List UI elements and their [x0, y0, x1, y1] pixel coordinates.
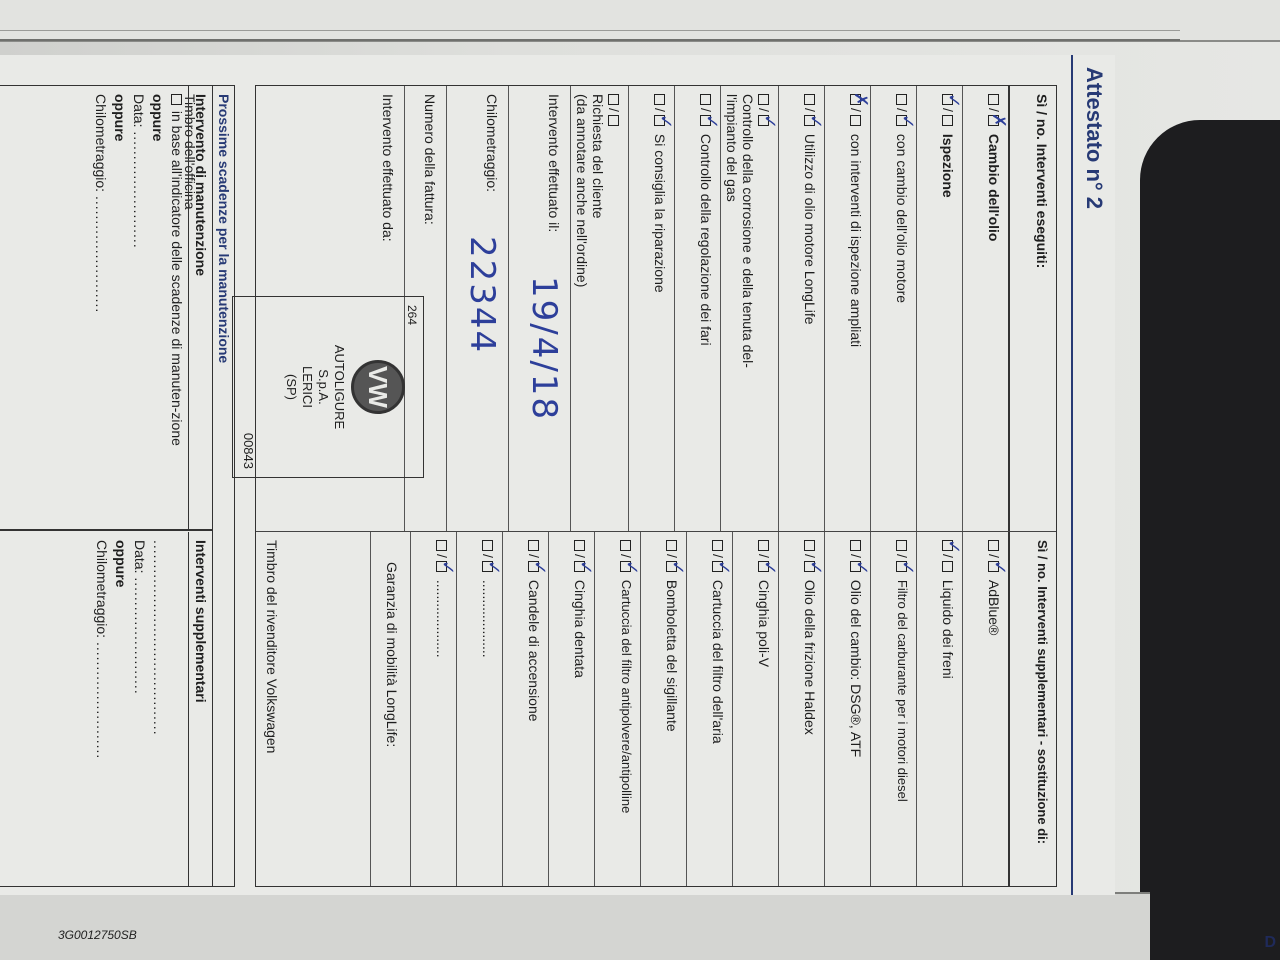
checkbox-no[interactable]: [850, 115, 861, 126]
yes-no-checkboxes: /: [848, 94, 864, 128]
date-value: 19/4/18: [524, 276, 564, 421]
next-additional-km-field[interactable]: Chilometraggio: ........................: [92, 540, 111, 878]
checkbox-no[interactable]: [528, 561, 539, 572]
checklist-label: Candele di accensione: [526, 580, 542, 722]
checkbox-no[interactable]: [700, 115, 711, 126]
checklist-label: ....................: [434, 580, 450, 658]
separator: /: [618, 554, 634, 558]
checklist-label: Filtro del carburante per i motori diese…: [894, 580, 910, 802]
next-additional-date-field[interactable]: Data: ........................: [130, 540, 149, 878]
yes-no-checkboxes: /: [618, 540, 634, 574]
dealer-stamp: 264 VW AUTOLIGURE S.p.A. LERICI (SP) 008…: [232, 296, 424, 478]
checkbox-no[interactable]: [804, 115, 815, 126]
dark-surface: [1140, 120, 1280, 960]
checklist-label: Cartuccia del filtro dell'aria: [710, 580, 726, 744]
next-date-field[interactable]: Data: ........................: [129, 94, 148, 521]
services-table: Sì / no. Interventi eseguiti: /Cambio de…: [255, 85, 1057, 887]
separator: /: [940, 108, 956, 112]
checkbox-yes[interactable]: [804, 94, 815, 105]
separator: /: [802, 554, 818, 558]
checkbox-no[interactable]: [896, 115, 907, 126]
checklist-row: /Richiesta del cliente(da annotare anche…: [570, 86, 628, 531]
separator: /: [710, 554, 726, 558]
checkbox-yes[interactable]: [758, 540, 769, 551]
checklist-label: Controllo della corrosione e della tenut…: [724, 94, 756, 523]
checkbox-yes[interactable]: [988, 94, 999, 105]
yes-no-checkboxes: /: [802, 94, 818, 128]
checkbox-yes[interactable]: [896, 540, 907, 551]
checkbox-no[interactable]: [988, 115, 999, 126]
service-certificate: Attestato n° 2 Sì / no. Interventi esegu…: [0, 55, 1115, 895]
yes-no-checkboxes: /: [756, 94, 772, 128]
yes-no-checkboxes: /: [848, 540, 864, 574]
yes-no-checkboxes: /: [480, 540, 496, 574]
separator: /: [434, 554, 450, 558]
checkbox-yes[interactable]: [712, 540, 723, 551]
checklist-row: /Cinghia dentata: [548, 532, 594, 886]
booklet-cover-page: [0, 892, 1150, 960]
checkbox-yes[interactable]: [482, 540, 493, 551]
checklist-label: Liquido dei freni: [940, 580, 956, 679]
separator: /: [940, 554, 956, 558]
separator: /: [756, 554, 772, 558]
yes-no-checkboxes: /: [664, 540, 680, 574]
checkbox-yes[interactable]: [666, 540, 677, 551]
checkbox-no[interactable]: [758, 561, 769, 572]
stamp-company-type: S.p.A.: [315, 297, 331, 477]
checkbox-yes[interactable]: [942, 540, 953, 551]
checklist-row: /Olio del cambio: DSG®, ATF: [824, 532, 870, 886]
stamp-code: 00843: [241, 433, 256, 469]
page-edges: [0, 30, 1180, 41]
checklist-label: Controllo della regolazione dei fari: [698, 134, 714, 346]
checkbox-yes[interactable]: [528, 540, 539, 551]
separator: /: [802, 108, 818, 112]
next-deadlines-title: Prossime scadenze per la manutenzione: [212, 86, 234, 886]
checkbox-yes[interactable]: [942, 94, 953, 105]
checklist-row: /Cartuccia del filtro dell'aria: [686, 532, 732, 886]
next-maintenance-column: Intervento di manutenzione in base all'i…: [0, 86, 212, 531]
checklist-row: /Controllo della corrosione e della tenu…: [720, 86, 778, 531]
yes-no-checkboxes: /: [710, 540, 726, 574]
yes-no-checkboxes: /: [940, 540, 956, 574]
checklist-row: /Utilizzo di olio motore LongLife: [778, 86, 824, 531]
yes-no-checkboxes: /: [434, 540, 450, 574]
checklist-row: /Liquido dei freni: [916, 532, 962, 886]
next-additional-column: Interventi supplementari ...............…: [0, 532, 212, 886]
checklist-row: /Si consiglia la riparazione: [628, 86, 674, 531]
separator: /: [652, 108, 668, 112]
stamp-company: AUTOLIGURE: [331, 297, 347, 477]
checklist-row: /Cartuccia del filtro antipolvere/antipo…: [594, 532, 640, 886]
stamp-number: 264: [405, 305, 419, 325]
yes-no-checkboxes: /: [986, 94, 1002, 128]
checkbox-yes[interactable]: [436, 540, 447, 551]
checklist-label: Olio della frizione Haldex: [802, 580, 818, 735]
separator: /: [756, 108, 772, 112]
separator: /: [986, 108, 1002, 112]
checklist-label: con interventi di ispezione ampliati: [848, 134, 864, 347]
checkbox-yes[interactable]: [804, 540, 815, 551]
checkbox-no[interactable]: [804, 561, 815, 572]
checkbox-no[interactable]: [758, 115, 769, 126]
right-header: Sì / no. Interventi supplementari - sost…: [1008, 532, 1056, 886]
checklist-row: /con interventi di ispezione ampliati: [824, 86, 870, 531]
checkbox-no[interactable]: [608, 115, 619, 126]
yes-no-checkboxes: /: [698, 94, 714, 128]
next-deadlines-table: Prossime scadenze per la manutenzione In…: [0, 85, 235, 887]
checkbox-no[interactable]: [654, 115, 665, 126]
yes-no-checkboxes: /: [756, 540, 772, 574]
checkbox-no[interactable]: [712, 561, 723, 572]
checklist-label: Cambio dell'olio: [986, 134, 1002, 242]
checkbox-yes[interactable]: [654, 94, 665, 105]
checkbox-no[interactable]: [942, 115, 953, 126]
checklist-label: Cinghia dentata: [572, 580, 588, 678]
checkbox-no[interactable]: [482, 561, 493, 572]
next-maintenance-header: Intervento di manutenzione: [188, 86, 212, 529]
checkbox-yes[interactable]: [758, 94, 769, 105]
checklist-row: /Bomboletta del sigillante: [640, 532, 686, 886]
checklist-row: /Ispezione: [916, 86, 962, 531]
or-label: oppure: [110, 94, 129, 521]
yes-no-checkboxes: /: [606, 94, 622, 128]
checklist-label: Olio del cambio: DSG®, ATF: [848, 580, 864, 757]
checklist-label: Ispezione: [940, 134, 956, 198]
checkbox-yes[interactable]: [850, 540, 861, 551]
checkbox-yes[interactable]: [574, 540, 585, 551]
checkbox-no[interactable]: [574, 561, 585, 572]
separator: /: [848, 554, 864, 558]
booklet-code: 3G0012750SB: [58, 928, 137, 942]
checkbox-no[interactable]: [988, 561, 999, 572]
yes-no-checkboxes: /: [894, 94, 910, 128]
additional-services-column: Sì / no. Interventi supplementari - sost…: [256, 532, 1056, 886]
checklist-label: ....................: [480, 580, 496, 658]
checklist-row: /con cambio dell'olio motore: [870, 86, 916, 531]
vw-logo-icon: VW: [351, 360, 405, 414]
yes-no-checkboxes: /: [986, 540, 1002, 574]
checklist-row: /Candele di accensione: [502, 532, 548, 886]
checkbox-yes[interactable]: [896, 94, 907, 105]
checklist-row: /Controllo della regolazione dei fari: [674, 86, 720, 531]
date-field[interactable]: Intervento effettuato il: 19/4/18: [508, 86, 570, 531]
checklist-row: /Olio della frizione Haldex: [778, 532, 824, 886]
checkbox-no[interactable]: [436, 561, 447, 572]
checklist-label: con cambio dell'olio motore: [894, 134, 910, 303]
checklist-row: /....................: [410, 532, 456, 886]
or-label: oppure: [148, 94, 167, 521]
indicator-option[interactable]: in base all'indicatore delle scadenze di…: [167, 94, 186, 521]
checkbox-no[interactable]: [850, 561, 861, 572]
checkbox-yes[interactable]: [620, 540, 631, 551]
km-value: 22344: [462, 236, 502, 354]
checkbox-no[interactable]: [942, 561, 953, 572]
title-rule: [1071, 55, 1073, 895]
separator: /: [606, 108, 622, 112]
checkbox[interactable]: [171, 94, 182, 105]
checklist-row: /Filtro del carburante per i motori dies…: [870, 532, 916, 886]
checklist-row: /AdBlue®: [962, 532, 1008, 886]
performed-services-column: Sì / no. Interventi eseguiti: /Cambio de…: [256, 86, 1056, 532]
checkbox-yes[interactable]: [608, 94, 619, 105]
checklist-label: Richiesta del cliente(da annotare anche …: [574, 94, 606, 523]
longlife-label: Garanzia di mobilità LongLife:: [370, 532, 410, 886]
checklist-label: Bomboletta del sigillante: [664, 580, 680, 732]
additional-dots-field[interactable]: ........................................: [149, 540, 168, 878]
separator: /: [986, 554, 1002, 558]
checklist-label: Si consiglia la riparazione: [652, 134, 668, 293]
separator: /: [894, 554, 910, 558]
yes-no-checkboxes: /: [940, 94, 956, 128]
separator: /: [664, 554, 680, 558]
stamp-province: (SP): [283, 297, 299, 477]
next-additional-header: Interventi supplementari: [188, 532, 212, 886]
checkbox-yes[interactable]: [988, 540, 999, 551]
yes-no-checkboxes: /: [526, 540, 542, 574]
separator: /: [698, 108, 714, 112]
corner-letter: D: [1264, 934, 1276, 952]
next-km-field[interactable]: Chilometraggio: ........................: [91, 94, 110, 521]
dealer-stamp-label: Timbro del rivenditore Volkswagen: [264, 540, 280, 753]
invoice-label: Numero della fattura:: [422, 94, 438, 225]
separator: /: [572, 554, 588, 558]
or-label: oppure: [111, 540, 130, 878]
yes-no-checkboxes: /: [652, 94, 668, 128]
checklist-row: /Cinghia poli-V: [732, 532, 778, 886]
yes-no-checkboxes: /: [572, 540, 588, 574]
date-label: Intervento effettuato il:: [546, 94, 562, 232]
checkbox-yes[interactable]: [700, 94, 711, 105]
checkbox-no[interactable]: [666, 561, 677, 572]
checkbox-yes[interactable]: [850, 94, 861, 105]
checklist-label: Cartuccia del filtro antipolvere/antipol…: [618, 580, 634, 813]
checklist-row: /Cambio dell'olio: [962, 86, 1008, 531]
yes-no-checkboxes: /: [894, 540, 910, 574]
checklist-label: Cinghia poli-V: [756, 580, 772, 667]
checklist-label: AdBlue®: [986, 580, 1002, 635]
separator: /: [526, 554, 542, 558]
yes-no-checkboxes: /: [802, 540, 818, 574]
checklist-label: Utilizzo di olio motore LongLife: [802, 134, 818, 325]
checklist-row: /....................: [456, 532, 502, 886]
separator: /: [894, 108, 910, 112]
separator: /: [848, 108, 864, 112]
km-label: Chilometraggio:: [484, 94, 500, 192]
page-title: Attestato n° 2: [1081, 67, 1107, 209]
left-header: Sì / no. Interventi eseguiti:: [1008, 86, 1056, 531]
checkbox-no[interactable]: [896, 561, 907, 572]
separator: /: [480, 554, 496, 558]
km-field[interactable]: Chilometraggio: 22344: [446, 86, 508, 531]
checkbox-no[interactable]: [620, 561, 631, 572]
stamp-city: LERICI: [299, 297, 315, 477]
